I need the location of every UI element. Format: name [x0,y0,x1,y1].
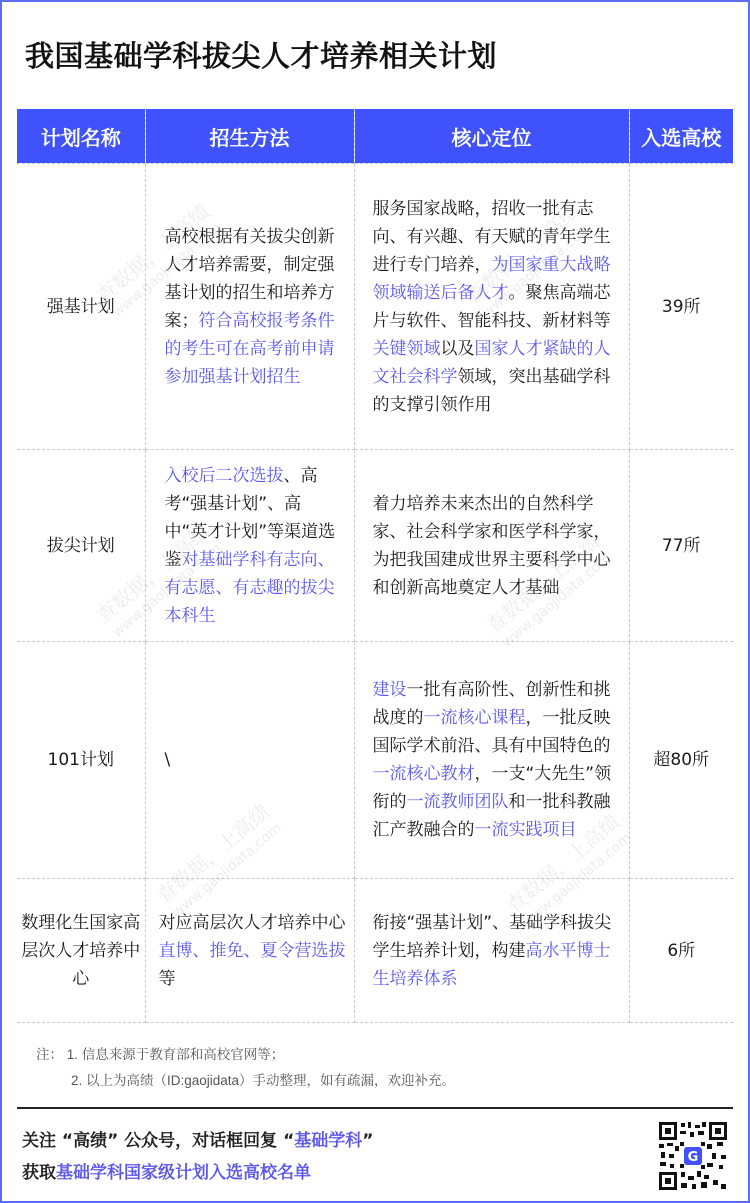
method-cell: 高校根据有关拔尖创新人才培养需要，制定强基计划的招生和培养方案；符合高校报考条件… [145,164,354,450]
text-segment: 对应高层次人才培养中心 [159,913,346,933]
text-segment: 以及 [441,339,475,359]
method-cell: \ [145,642,354,879]
header-admission-method: 招生方法 [145,109,354,164]
table-row: 拔尖计划 入校后二次选拔、高考“强基计划”、高中“英才计划”等渠道选鉴对基础学科… [17,450,733,642]
footer-cta: 关注 “高绩” 公众号，对话框回复 “基础学科” 获取基础学科国家级计划入选高校… [22,1125,373,1189]
count-cell: 超80所 [629,642,733,879]
notes: 注： 1. 信息来源于教育部和高校官网等； 2. 以上为高绩（ID:gaojid… [36,1042,455,1094]
method-cell: 入校后二次选拔、高考“强基计划”、高中“英才计划”等渠道选鉴对基础学科有志向、有… [145,450,354,642]
table-row: 强基计划 高校根据有关拔尖创新人才培养需要，制定强基计划的招生和培养方案；符合高… [17,164,733,450]
highlighted-text: 直博、推免、夏令营选拔 [159,941,346,961]
divider [17,1107,733,1109]
plans-table: 计划名称 招生方法 核心定位 入选高校 强基计划 高校根据有关拔尖创新人才培养需… [17,109,733,1023]
highlighted-text: 一流实践项目 [475,820,577,840]
table-row: 101计划 \ 建设一批有高阶性、创新性和挑战度的一流核心课程，一批反映国际学术… [17,642,733,879]
svg-text:G: G [688,1150,699,1165]
count-cell: 39所 [629,164,733,450]
footer-text: ” [362,1131,373,1151]
highlighted-text: 一流核心课程 [424,708,526,728]
plan-name-cell: 强基计划 [17,164,145,450]
highlighted-text: 一流教师团队 [407,792,509,812]
header-plan-name: 计划名称 [17,109,145,164]
note-1: 1. 信息来源于教育部和高校官网等； [67,1047,285,1062]
count-cell: 77所 [629,450,733,642]
highlighted-text: 对基础学科有志向、有志愿、有志趣的拔尖本科生 [165,550,335,626]
plan-name-cell: 101计划 [17,642,145,879]
table-header-row: 计划名称 招生方法 核心定位 入选高校 [17,109,733,164]
page-title: 我国基础学科拔尖人才培养相关计划 [25,34,497,75]
note-2: 2. 以上为高绩（ID:gaojidata）手动整理，如有疏漏，欢迎补充。 [36,1068,455,1094]
highlighted-text: 入校后二次选拔 [165,466,284,486]
table-row: 数理化生国家高层次人才培养中心 对应高层次人才培养中心直博、推免、夏令营选拔等 … [17,879,733,1023]
core-cell: 衔接“强基计划”、基础学科拔尖学生培养计划，构建高水平博士生培养体系 [354,879,629,1023]
core-cell: 着力培养未来杰出的自然科学家、社会科学家和医学科学家，为把我国建成世界主要科学中… [354,450,629,642]
notes-prefix: 注： [36,1047,63,1062]
highlighted-text: 一流核心教材 [373,764,475,784]
text-segment: 着力培养未来杰出的自然科学家、社会科学家和医学科学家，为把我国建成世界主要科学中… [373,494,611,598]
keyword-highlight: 基础学科 [294,1131,362,1151]
footer-text: 获取 [22,1163,56,1183]
text-segment: \ [165,750,171,770]
highlighted-text: 建设 [373,680,407,700]
plan-name-cell: 拔尖计划 [17,450,145,642]
core-cell: 服务国家战略，招收一批有志向、有兴趣、有天赋的青年学生进行专门培养，为国家重大战… [354,164,629,450]
plan-name-cell: 数理化生国家高层次人才培养中心 [17,879,145,1023]
footer-text: 关注 “高绩” 公众号，对话框回复 “ [22,1131,294,1151]
header-core-positioning: 核心定位 [354,109,629,164]
highlighted-text: 关键领域 [373,339,441,359]
text-segment: 等 [159,969,176,989]
count-cell: 6所 [629,879,733,1023]
qr-code-icon[interactable]: G [657,1120,729,1192]
method-cell: 对应高层次人才培养中心直博、推免、夏令营选拔等 [145,879,354,1023]
core-cell: 建设一批有高阶性、创新性和挑战度的一流核心课程，一批反映国际学术前沿、具有中国特… [354,642,629,879]
header-selected-universities: 入选高校 [629,109,733,164]
list-name-highlight: 基础学科国家级计划入选高校名单 [56,1163,311,1183]
